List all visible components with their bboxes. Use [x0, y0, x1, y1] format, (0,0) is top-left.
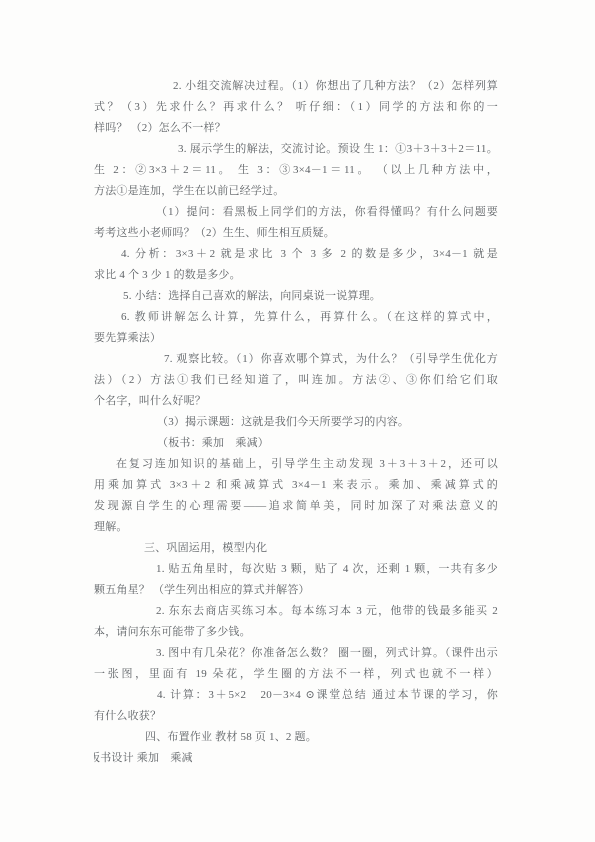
- text-line: （板书：乘加 乘减）: [94, 433, 498, 454]
- text-line: 颗五角星？ （学生列出相应的算式并解答）: [94, 580, 498, 601]
- text-line: 4. 计算：3＋5×2 20－3×4 ⊙课堂总结 通过本节课的学习，你: [94, 685, 498, 706]
- text-line: 2. 小组交流解决过程。（1）你想出了几种方法？（2）怎样列算: [94, 76, 498, 97]
- text-line: 个名字，叫什么好呢？: [94, 391, 498, 412]
- document-page: 2. 小组交流解决过程。（1）你想出了几种方法？（2）怎样列算式？（3）先求什么…: [0, 0, 595, 842]
- text-line: 3. 图中有几朵花？你准备怎么数？ 圈一圈，列式计算。（课件出示: [94, 643, 498, 664]
- text-line: 理解。: [94, 517, 498, 538]
- text-line: 样吗？ （2）怎么不一样？: [94, 118, 498, 139]
- text-line: 考考这些小老师吗？（2）生生、师生相互质疑。: [94, 223, 498, 244]
- text-line: 4. 分析：3×3＋2 就是求比 3 个 3 多 2 的数是多少，3×4－1 就…: [94, 244, 498, 265]
- text-line: 式？（3）先求什么？再求什么？ 听仔细：（1）同学的方法和你的一: [94, 97, 498, 118]
- text-line: 5. 小结：选择自己喜欢的解法，向同桌说一说算理。: [94, 286, 498, 307]
- text-line: （3）揭示课题：这就是我们今天所要学习的内容。: [94, 412, 498, 433]
- text-line: 法）（2）方法①我们已经知道了，叫连加。方法②、③你们给它们取: [94, 370, 498, 391]
- text-line: 三、巩固运用，模型内化: [94, 538, 498, 559]
- text-line: 求比 4 个 3 少 1 的数是多少。: [94, 265, 498, 286]
- text-line: 一张图，里面有 19 朵花，学生圈的方法不一样，列式也就不一样）: [94, 664, 498, 685]
- text-line: 四、布置作业 教材 58 页 1、2 题。: [94, 727, 498, 748]
- text-line: 7. 观察比较。（1）你喜欢哪个算式，为什么？（引导学生优化方: [94, 349, 498, 370]
- text-line: 3. 展示学生的解法，交流讨论。预设 生 1：①3＋3＋3＋2＝11。: [94, 139, 498, 160]
- text-line: 板书设计 乘加 乘减: [94, 748, 498, 769]
- text-line: 有什么收获？: [94, 706, 498, 727]
- text-line: 2. 东东去商店买练习本。每本练习本 3 元，他带的钱最多能买 2: [94, 601, 498, 622]
- text-line: 6. 教师讲解怎么计算，先算什么，再算什么。（在这样的算式中，: [94, 307, 498, 328]
- text-line: 方法①是连加，学生在以前已经学过。: [94, 181, 498, 202]
- text-line: 本，请问东东可能带了多少钱。: [94, 622, 498, 643]
- text-line: 要先算乘法）: [94, 328, 498, 349]
- text-block: 2. 小组交流解决过程。（1）你想出了几种方法？（2）怎样列算式？（3）先求什么…: [94, 76, 498, 769]
- text-line: 在复习连加知识的基础上，引导学生主动发现 3＋3＋3＋2，还可以: [94, 454, 498, 475]
- text-line: 生 2：②3×3＋2＝11。 生 3：③3×4－1＝11。 （以上几种方法中，: [94, 160, 498, 181]
- text-line: 用乘加算式 3×3＋2 和乘减算式 3×4－1 来表示。乘加、乘减算式的: [94, 475, 498, 496]
- text-line: 1. 贴五角星时，每次贴 3 颗，贴了 4 次，还剩 1 颗，一共有多少: [94, 559, 498, 580]
- text-line: 发现源自学生的心理需要——追求简单美，同时加深了对乘法意义的: [94, 496, 498, 517]
- text-line: （1）提问：看黑板上同学们的方法，你看得懂吗？有什么问题要: [94, 202, 498, 223]
